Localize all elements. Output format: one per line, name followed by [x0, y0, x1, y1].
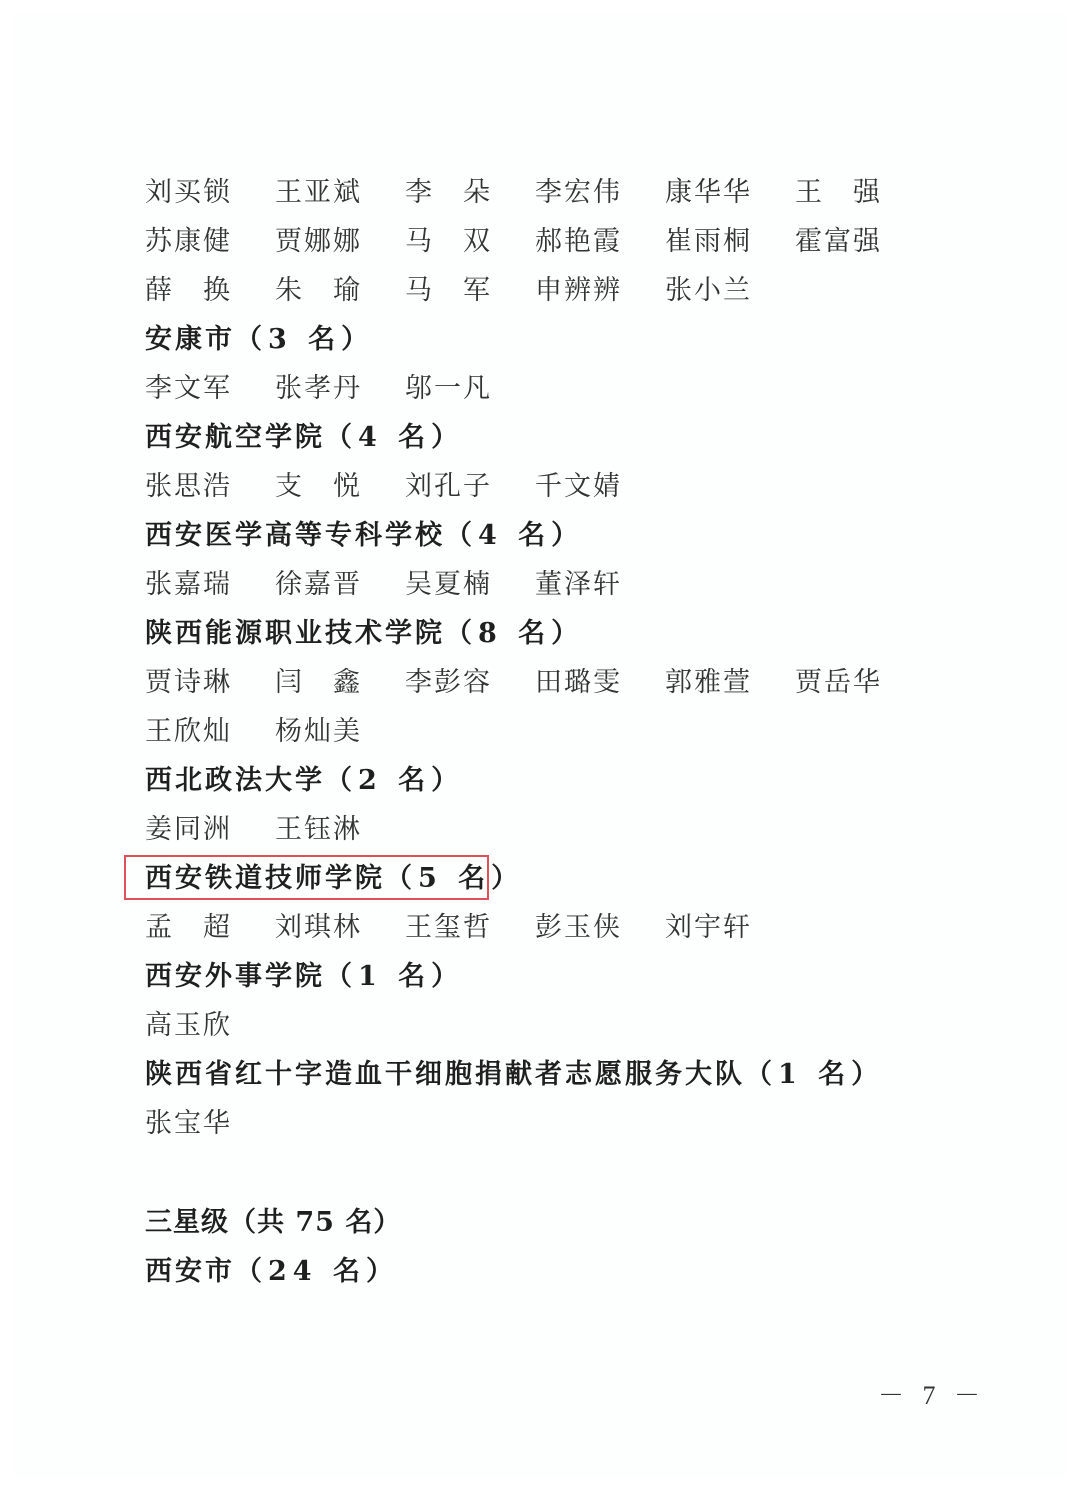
person-name: 姜同洲: [145, 810, 232, 850]
group-name: 西安航空学院: [145, 422, 325, 453]
person-name: 刘琪林: [275, 908, 362, 948]
group-count: （4 名）: [325, 422, 464, 453]
person-name: 杨灿美: [275, 712, 362, 752]
person-name: 千文婧: [535, 467, 622, 507]
group-count: （2 名）: [325, 765, 464, 796]
group-heading: 西安市（24 名）: [145, 1252, 399, 1292]
person-name: 王亚斌: [275, 173, 362, 213]
person-name: 刘买锁: [145, 173, 232, 213]
group-heading: 西安医学高等专科学校（4 名）: [145, 516, 584, 556]
person-name: 张小兰: [665, 271, 752, 311]
person-name: 王 强: [795, 173, 882, 213]
person-name: 邬一凡: [405, 369, 492, 409]
person-name: 高玉欣: [145, 1006, 232, 1046]
person-name: 贾岳华: [795, 663, 882, 703]
person-name: 郝艳霞: [535, 222, 622, 262]
group-heading: 陕西能源职业技术学院（8 名）: [145, 614, 584, 654]
group-heading-highlighted: 西安铁道技师学院（5 名）: [145, 859, 524, 899]
person-name: 董泽轩: [535, 565, 622, 605]
person-name: 吴夏楠: [405, 565, 492, 605]
person-name: 闫 鑫: [275, 663, 362, 703]
person-name: 王欣灿: [145, 712, 232, 752]
group-count: （1 名）: [325, 961, 464, 992]
group-name: 西安市: [145, 1256, 235, 1287]
group-heading: 陕西省红十字造血干细胞捐献者志愿服务大队（1 名）: [145, 1055, 884, 1095]
person-name: 王玺哲: [405, 908, 492, 948]
person-name: 霍富强: [795, 222, 882, 262]
person-name: 张嘉瑞: [145, 565, 232, 605]
person-name: 薛 换: [145, 271, 232, 311]
person-name: 马 双: [405, 222, 492, 262]
group-name: 西安铁道技师学院: [145, 863, 385, 894]
person-name: 张宝华: [145, 1104, 232, 1144]
person-name: 朱 瑜: [275, 271, 362, 311]
person-name: 张思浩: [145, 467, 232, 507]
section-title: 三星级（共 75 名）: [145, 1203, 401, 1243]
person-name: 支 悦: [275, 467, 362, 507]
group-count: （3 名）: [235, 324, 374, 355]
person-name: 郭雅萱: [665, 663, 752, 703]
person-name: 李宏伟: [535, 173, 622, 213]
person-name: 李 朵: [405, 173, 492, 213]
page-number: － 7 －: [878, 1375, 986, 1412]
group-heading: 安康市（3 名）: [145, 320, 374, 360]
person-name: 崔雨桐: [665, 222, 752, 262]
person-name: 李文军: [145, 369, 232, 409]
person-name: 马 军: [405, 271, 492, 311]
person-name: 刘孔子: [405, 467, 492, 507]
person-name: 申辨辨: [535, 271, 622, 311]
group-count: （4 名）: [445, 520, 584, 551]
person-name: 田璐雯: [535, 663, 622, 703]
person-name: 刘宇轩: [665, 908, 752, 948]
person-name: 彭玉侠: [535, 908, 622, 948]
person-name: 孟 超: [145, 908, 232, 948]
group-name: 西安医学高等专科学校: [145, 520, 445, 551]
group-heading: 西北政法大学（2 名）: [145, 761, 464, 801]
person-name: 李彭容: [405, 663, 492, 703]
person-name: 徐嘉晋: [275, 565, 362, 605]
group-count: （1 名）: [745, 1059, 884, 1090]
group-name: 西安外事学院: [145, 961, 325, 992]
group-name: 陕西能源职业技术学院: [145, 618, 445, 649]
person-name: 苏康健: [145, 222, 232, 262]
group-heading: 西安航空学院（4 名）: [145, 418, 464, 458]
group-count: （8 名）: [445, 618, 584, 649]
person-name: 王钰淋: [275, 810, 362, 850]
group-count: （24 名）: [235, 1256, 399, 1287]
group-name: 陕西省红十字造血干细胞捐献者志愿服务大队: [145, 1059, 745, 1090]
group-heading: 西安外事学院（1 名）: [145, 957, 464, 997]
group-name: 安康市: [145, 324, 235, 355]
group-name: 西北政法大学: [145, 765, 325, 796]
person-name: 康华华: [665, 173, 752, 213]
person-name: 贾娜娜: [275, 222, 362, 262]
person-name: 张孝丹: [275, 369, 362, 409]
group-count: （5 名）: [385, 863, 524, 894]
person-name: 贾诗琳: [145, 663, 232, 703]
